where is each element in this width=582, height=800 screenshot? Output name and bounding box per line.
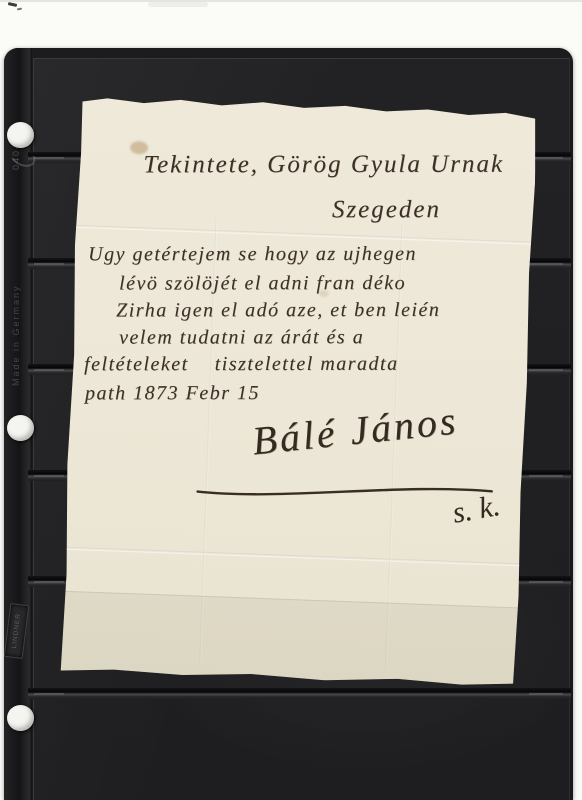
body-line: velem tudatni az árát és a xyxy=(119,326,364,349)
punch-hole xyxy=(7,415,34,441)
body-line: feltételeket tisztelettel maradta xyxy=(84,353,399,377)
address-line-1: Tekintete, Görög Gyula Urnak xyxy=(143,151,504,180)
body-line: Ugy getértejem se hogy az ujhegen xyxy=(88,243,417,267)
date-line: path 1873 Febr 15 xyxy=(85,382,260,405)
scan-smudge xyxy=(148,2,208,7)
made-in-germany-text: Made in Germany xyxy=(11,196,21,386)
body-line: Zirha igen el adó aze, et ben leién xyxy=(116,299,440,323)
scanner-edge-shadow xyxy=(0,0,582,2)
fold-crease xyxy=(63,547,521,567)
fold-crease xyxy=(75,225,533,245)
signature: Bálé János xyxy=(250,396,460,464)
scan-speck xyxy=(17,8,22,11)
handwritten-letter: Tekintete, Görög Gyula Urnak Szegeden Ug… xyxy=(59,95,538,688)
body-line: lévö szölöjét el adni fran déko xyxy=(119,272,406,296)
punch-hole xyxy=(7,122,34,148)
signature-suffix: s. k. xyxy=(450,489,503,531)
brand-badge: LINDNER xyxy=(4,603,29,659)
brand-badge-label: LINDNER xyxy=(11,613,22,649)
scan-speck xyxy=(8,2,17,7)
punch-hole xyxy=(7,705,34,731)
address-line-2: Szegeden xyxy=(332,196,441,224)
scanned-photo: 040-660 Made in Germany LINDNER Tekintet… xyxy=(0,0,582,800)
pocket-seam xyxy=(28,688,571,699)
